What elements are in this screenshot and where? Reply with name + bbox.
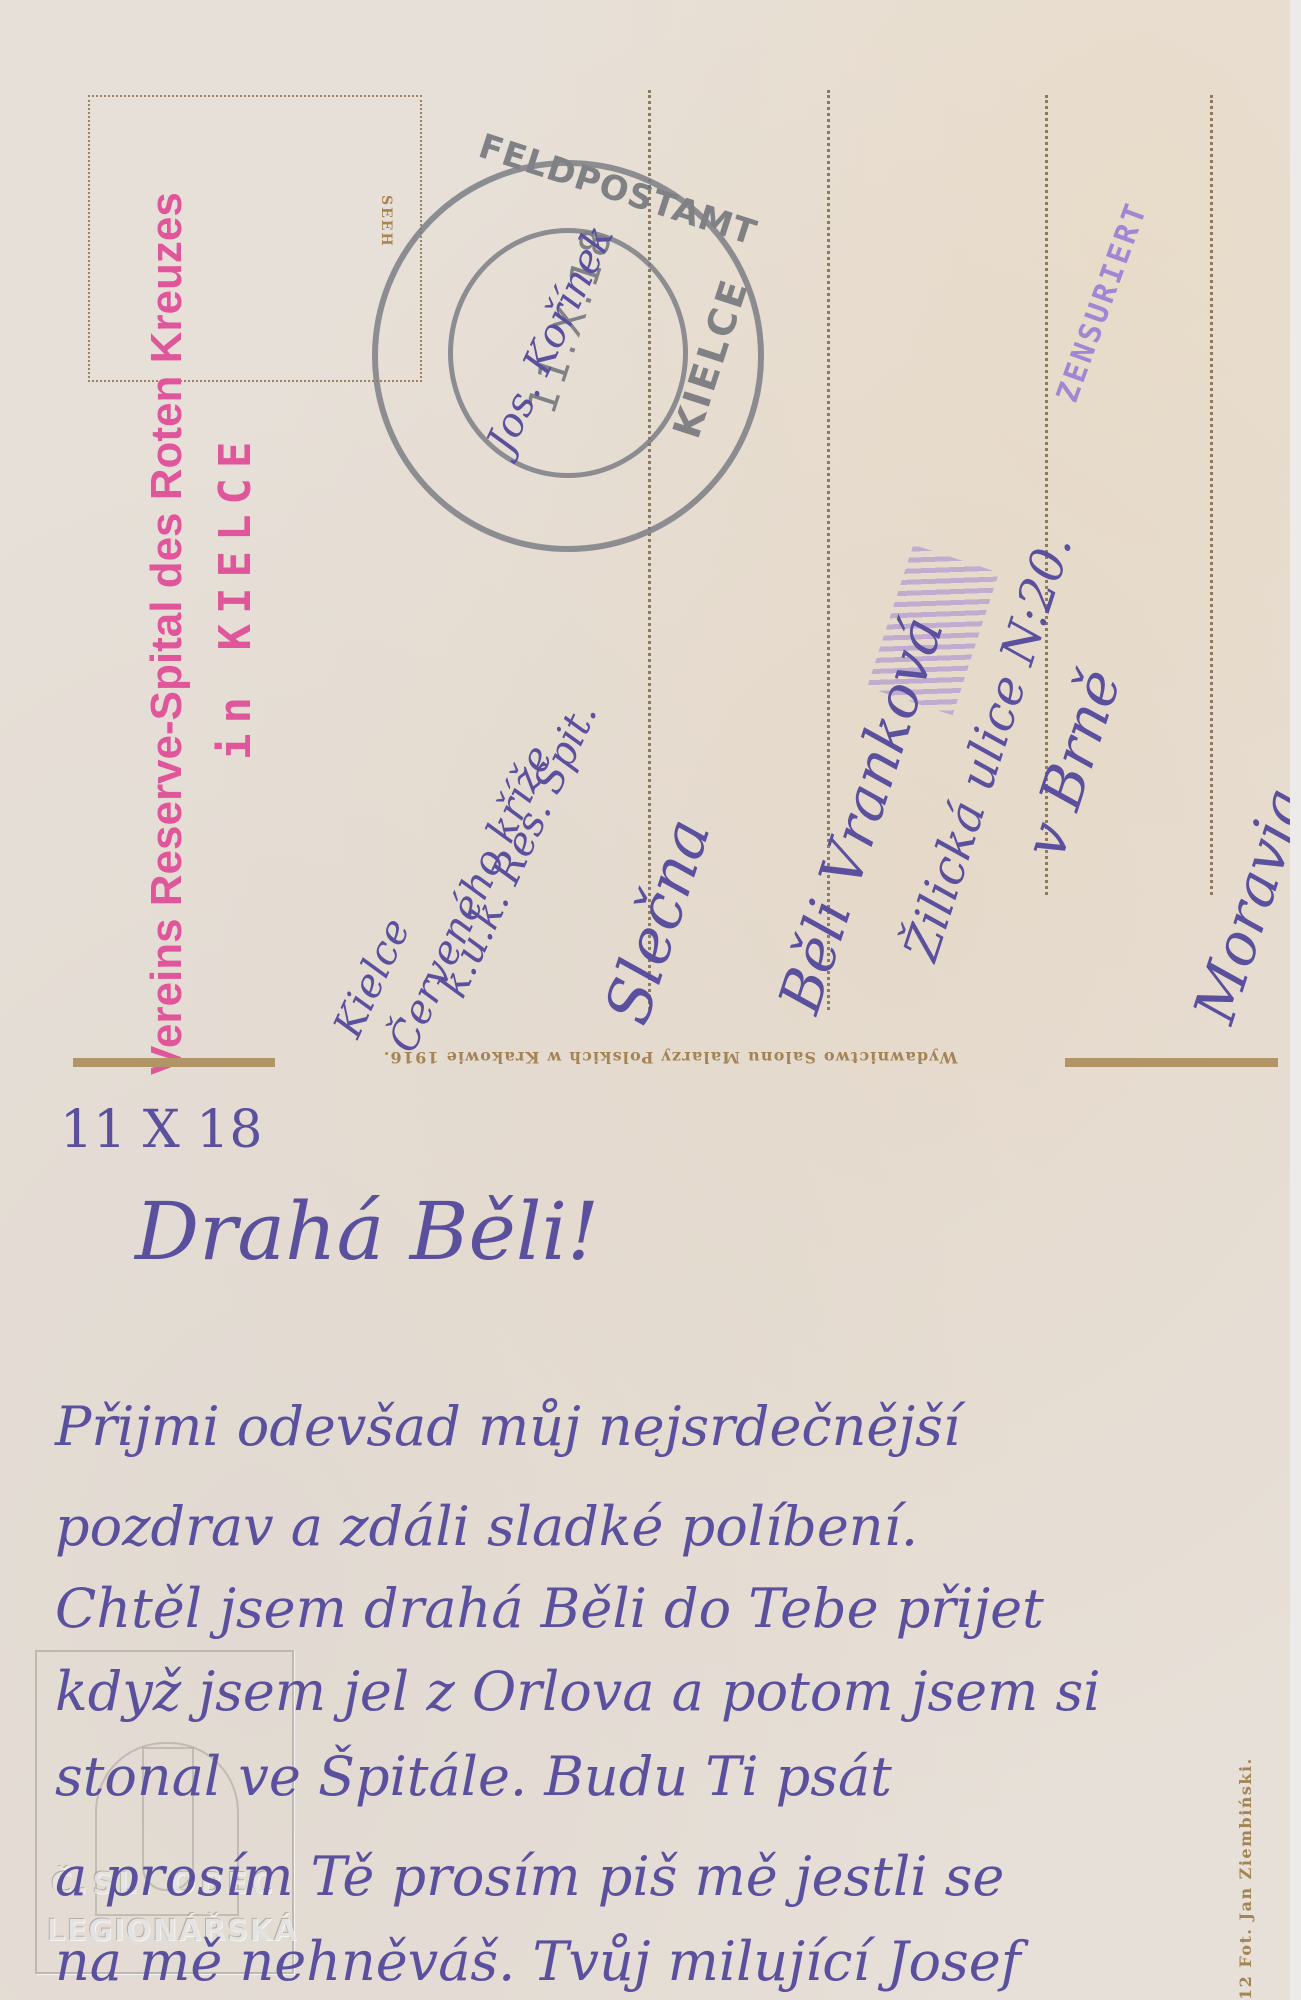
message-line: na mě nehněváš. Tvůj milující Josef <box>55 1930 1021 1993</box>
message-date: 11 X 18 <box>60 1100 262 1160</box>
photo-credit: 12 Fot. Jan Ziembiński. <box>1236 1757 1255 2000</box>
address-line: Slečna <box>590 810 725 1033</box>
hospital-stamp-line2: in KIELCE <box>210 432 261 760</box>
message-line: Přijmi odevšad můj nejsrdečnější <box>55 1395 960 1458</box>
message-line: a prosím Tě prosím piš mě jestli se <box>55 1845 1004 1908</box>
censor-stamp: ZENSURIERT <box>1050 197 1155 407</box>
postmark: FELDPOSTAMT 11.X.18 KIELCE <box>372 160 764 552</box>
separator-right <box>1065 1058 1278 1067</box>
message-greeting: Drahá Běli! <box>135 1185 599 1278</box>
message-line: když jsem jel z Orlova a potom jsem si <box>55 1660 1100 1723</box>
address-line: Moravia <box>1180 779 1301 1031</box>
publisher-imprint: Wydawnictwo Salonu Malarzy Polskich w Kr… <box>290 1048 1050 1067</box>
hospital-stamp-line1: Vereins Reserve-Spital des Roten Kreuzes <box>142 192 192 1075</box>
scan-margin <box>1290 0 1301 2000</box>
message-line: stonal ve Špitále. Budu Ti psát <box>55 1745 892 1808</box>
message-line: pozdrav a zdáli sladké políbení. <box>55 1495 918 1558</box>
address-guide-line <box>1210 95 1213 895</box>
separator-left <box>73 1058 275 1067</box>
message-line: Chtěl jsem drahá Běli do Tebe přijet <box>55 1577 1044 1640</box>
stamp-box-label: SEEH <box>378 195 394 248</box>
postcard: SEEH Vereins Reserve-Spital des Roten Kr… <box>0 0 1293 2000</box>
